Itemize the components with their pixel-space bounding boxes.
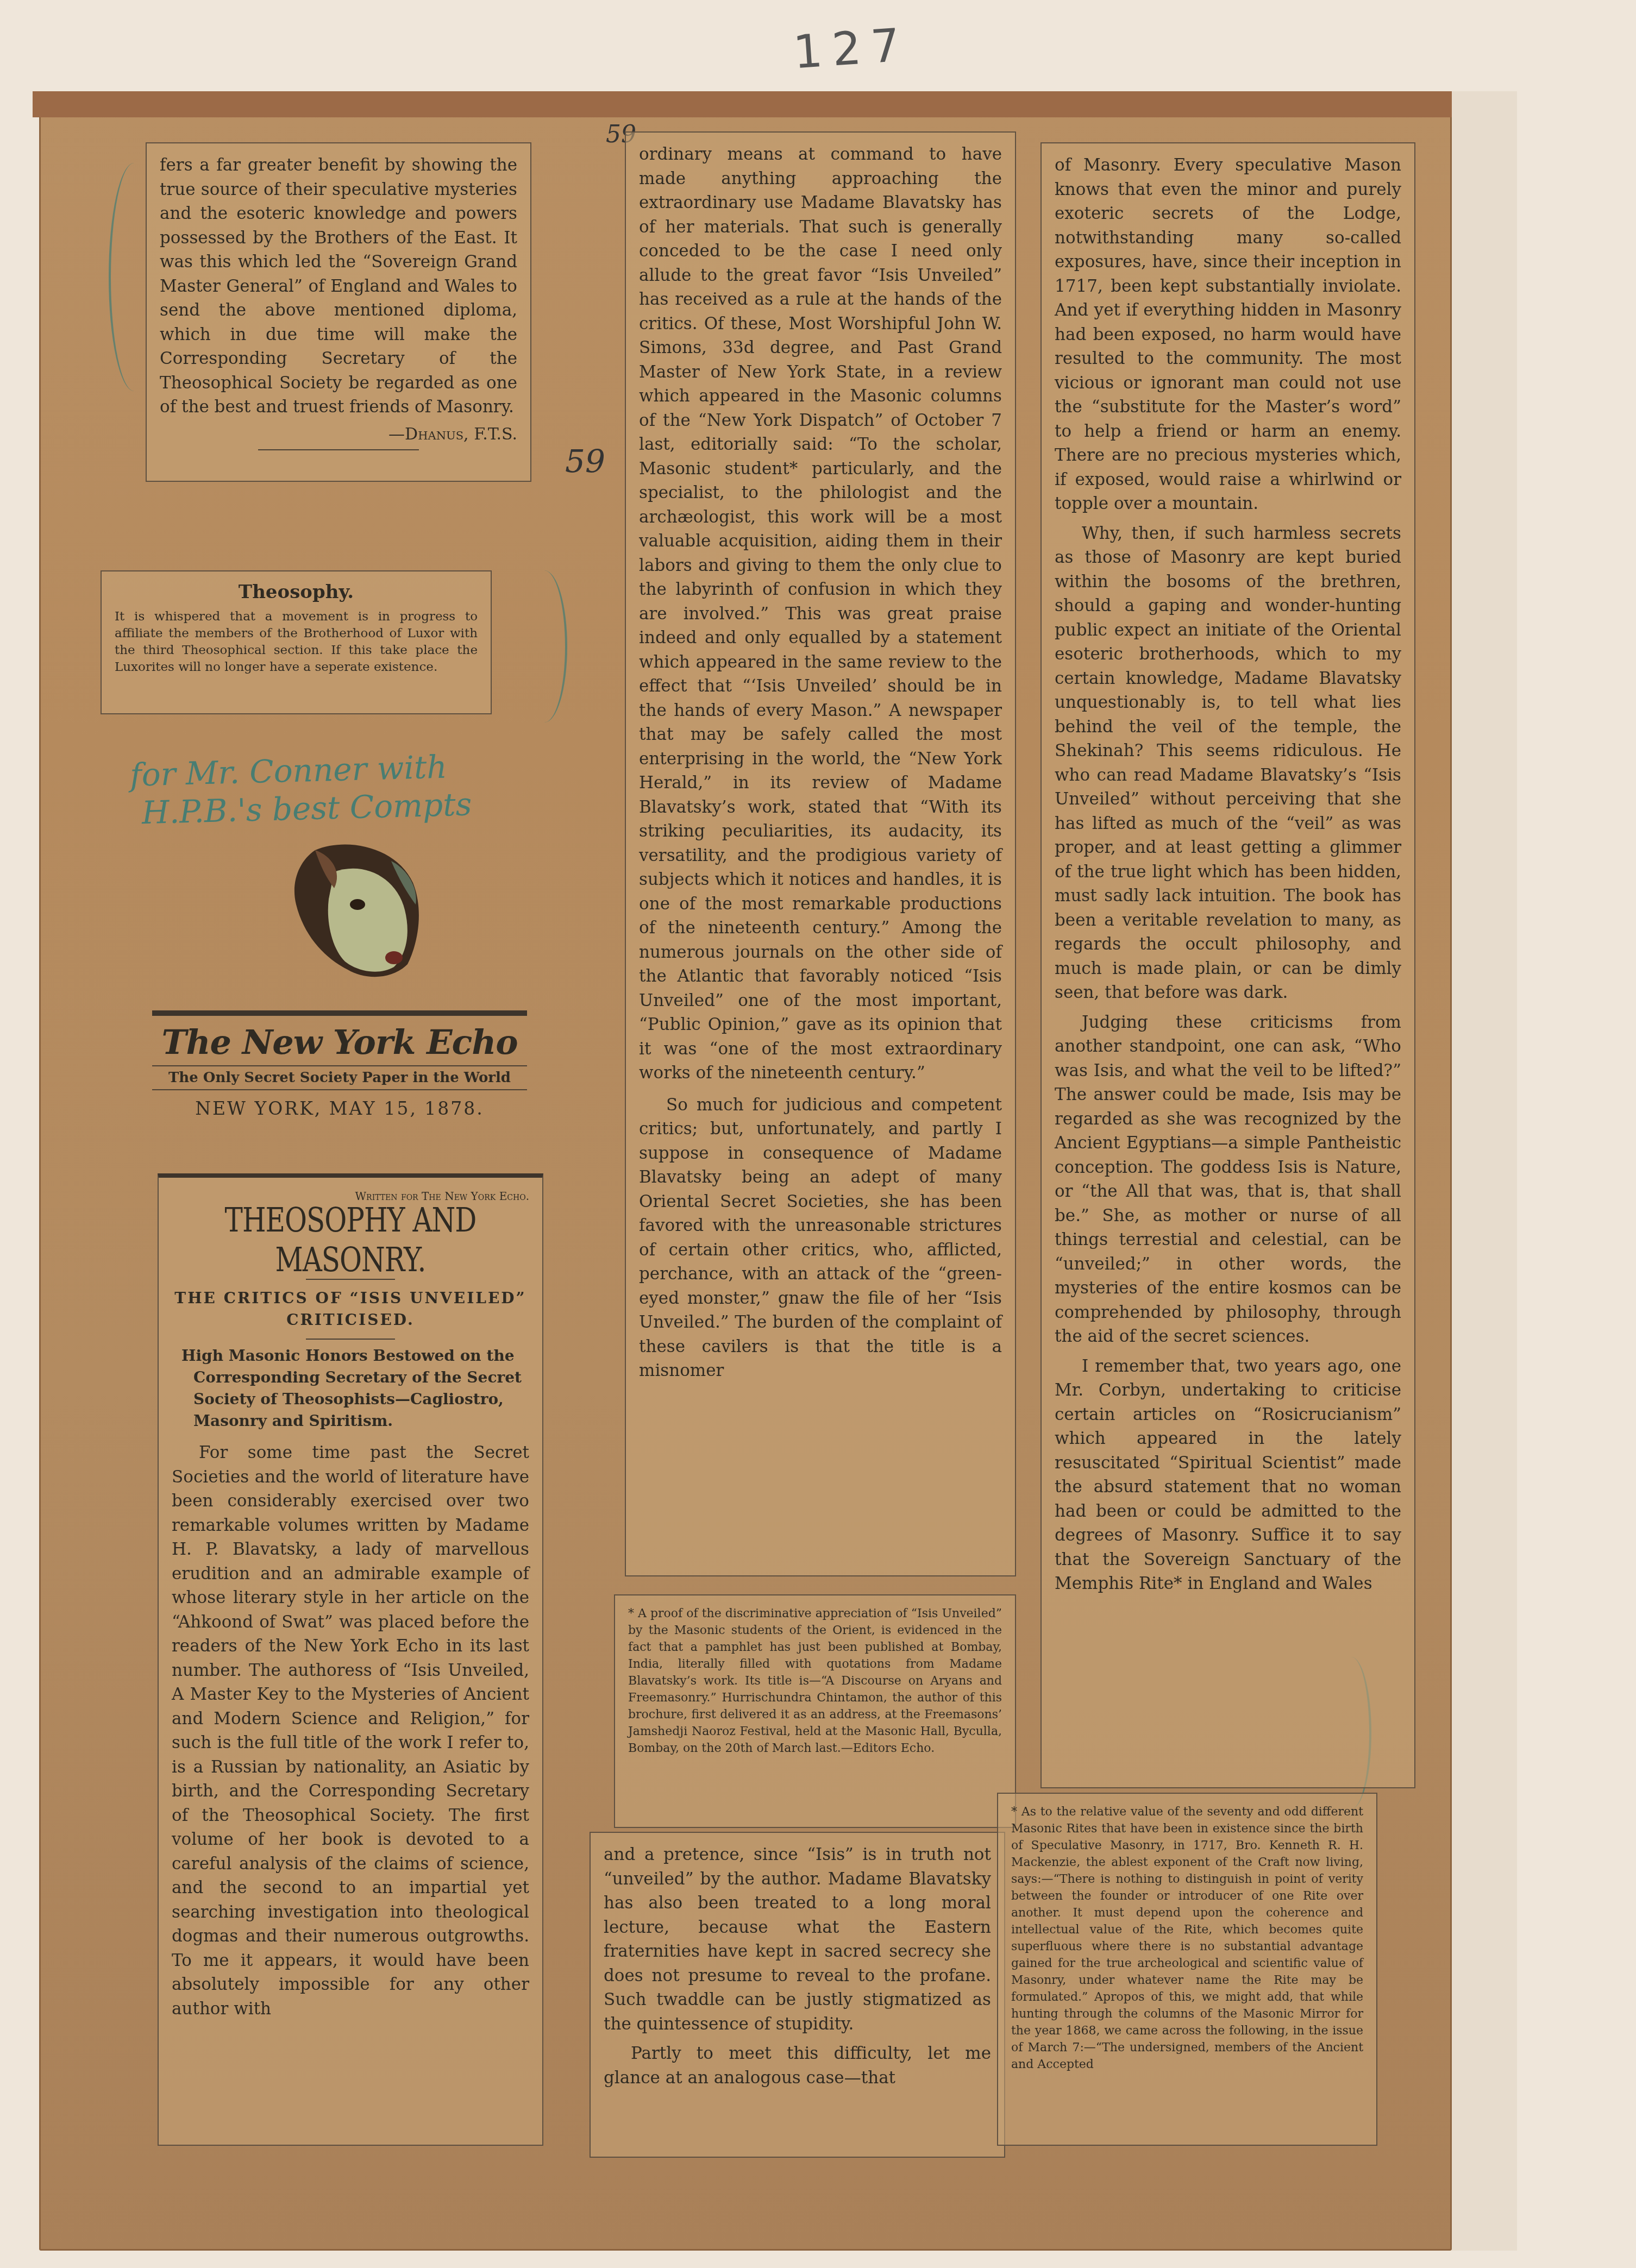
article-column-3: of Masonry. Every speculative Mason know…	[1040, 142, 1415, 1788]
theosophy-text: It is whispered that a movement is in pr…	[115, 608, 478, 676]
margin-mark-middle: 59	[565, 443, 605, 480]
article-deck-primary: THE CRITICS OF “ISIS UNVEILED” CRITICISE…	[172, 1287, 529, 1331]
article-body-col3-p1: of Masonry. Every speculative Mason know…	[1055, 153, 1401, 516]
footnote-text: * A proof of the discriminative apprecia…	[628, 1605, 1002, 1757]
footnote-text: * As to the relative value of the sevent…	[1011, 1804, 1363, 2073]
article-column-2-continued: and a pretence, since “Isis” is in truth…	[590, 1832, 1005, 2158]
article-headline: THEOSOPHY AND MASONRY.	[172, 1201, 529, 1279]
page-margin-right	[1452, 91, 1517, 2251]
article-body-col2-p2: So much for judicious and competent crit…	[639, 1093, 1002, 1383]
divider	[306, 1339, 396, 1340]
masthead-rule	[152, 1010, 527, 1016]
article-body-col2-p4: Partly to meet this difficulty, let me g…	[604, 2041, 991, 2090]
article-body-col3-p2: Why, then, if such harmless secrets as t…	[1055, 522, 1401, 1005]
article-footnote-col3: * As to the relative value of the sevent…	[997, 1793, 1377, 2146]
article-column-2: ordinary means at command to have made a…	[625, 131, 1016, 1576]
horse-head-illustration	[283, 839, 429, 983]
signature: —Dhanus, F.T.S.	[160, 425, 517, 444]
article-body-col3-p3: Judging these criticisms from another st…	[1055, 1010, 1401, 1349]
article-column-1: Written for The New York Echo. THEOSOPHY…	[158, 1173, 543, 2146]
handwritten-inscription: for Mr. Conner with H.P.B.'s best Compts	[129, 743, 620, 832]
divider	[258, 449, 419, 450]
article-body-col2-p1: ordinary means at command to have made a…	[639, 142, 1002, 1085]
horse-head-icon	[283, 839, 429, 983]
theosophy-heading: Theosophy.	[115, 581, 478, 603]
dateline: NEW YORK, MAY 15, 1878.	[152, 1090, 527, 1127]
newspaper-subtitle: The Only Secret Society Paper in the Wor…	[152, 1065, 527, 1090]
pencil-bracket-mark	[522, 570, 567, 723]
newspaper-title: The New York Echo	[152, 1019, 527, 1065]
pencil-bracket-mark	[109, 163, 160, 391]
masthead: The New York Echo The Only Secret Societ…	[152, 1010, 527, 1127]
article-body-col3-p4: I remember that, two years ago, one Mr. …	[1055, 1354, 1401, 1596]
article-footnote-col2: * A proof of the discriminative apprecia…	[614, 1594, 1016, 1828]
article-body-col1: For some time past the Secret Societies …	[172, 1441, 529, 2021]
article-deck-secondary: High Masonic Honors Bestowed on the Corr…	[172, 1345, 529, 1432]
clipping-theosophy-note: Theosophy. It is whispered that a moveme…	[101, 570, 492, 714]
page-number: 127	[792, 18, 912, 79]
article-body-col2-p3: and a pretence, since “Isis” is in truth…	[604, 1843, 991, 2036]
page-top-edge	[33, 91, 1452, 117]
clipping-text: fers a far greater benefit by showing th…	[160, 153, 517, 419]
clipping-col1-top: fers a far greater benefit by showing th…	[146, 142, 531, 482]
